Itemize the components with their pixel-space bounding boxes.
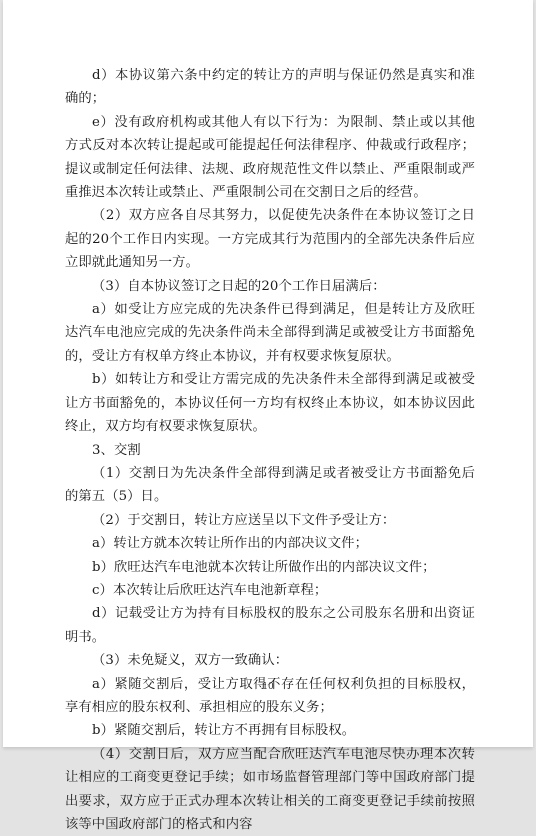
document-page: d）本协议第六条中约定的转让方的声明与保证仍然是真实和准确的； e）没有政府机构…	[3, 0, 533, 747]
paragraph: （4）交割日后，双方应当配合欣旺达汽车电池尽快办理本次转让相应的工商变更登记手续…	[65, 743, 475, 751]
paragraph: （2）双方应各自尽其努力，以促使先决条件在本协议签订之日起的20个工作日内实现。…	[65, 204, 475, 274]
page-content: d）本协议第六条中约定的转让方的声明与保证仍然是真实和准确的； e）没有政府机构…	[65, 64, 475, 751]
paragraph: e）没有政府机构或其他人有以下行为：为限制、禁止或以其他方式反对本次转让提起或可…	[65, 111, 475, 205]
page-number: 10	[3, 682, 533, 692]
paragraph: d）本协议第六条中约定的转让方的声明与保证仍然是真实和准确的；	[65, 64, 475, 111]
paragraph: （1）交割日为先决条件全部得到满足或者被受让方书面豁免后的第五（5）日。	[65, 462, 475, 509]
paragraph: （3）未免疑义，双方一致确认：	[65, 649, 475, 672]
paragraph: a）如受让方应完成的先决条件已得到满足，但是转让方及欣旺达汽车电池应完成的先决条…	[65, 298, 475, 368]
list-item: b）紧随交割后，转让方不再拥有目标股权。	[65, 719, 475, 742]
section-heading: 3、交割	[65, 439, 475, 462]
list-item: c）本次转让后欣旺达汽车电池新章程；	[65, 579, 475, 602]
paragraph: （3）自本协议签订之日起的20个工作日届满后：	[65, 275, 475, 298]
list-item: a）紧随交割后，受让方取得不存在任何权利负担的目标股权，享有相应的股东权利、承担…	[65, 673, 475, 720]
list-item: d）记载受让方为持有目标股权的股东之公司股东名册和出资证明书。	[65, 602, 475, 649]
list-item: a）转让方就本次转让所作出的内部决议文件；	[65, 532, 475, 555]
paragraph: （2）于交割日，转让方应送呈以下文件予受让方：	[65, 509, 475, 532]
paragraph: b）如转让方和受让方需完成的先决条件未全部得到满足或被受让方书面豁免的，本协议任…	[65, 368, 475, 438]
list-item: b）欣旺达汽车电池就本次转让所做作出的内部决议文件；	[65, 556, 475, 579]
